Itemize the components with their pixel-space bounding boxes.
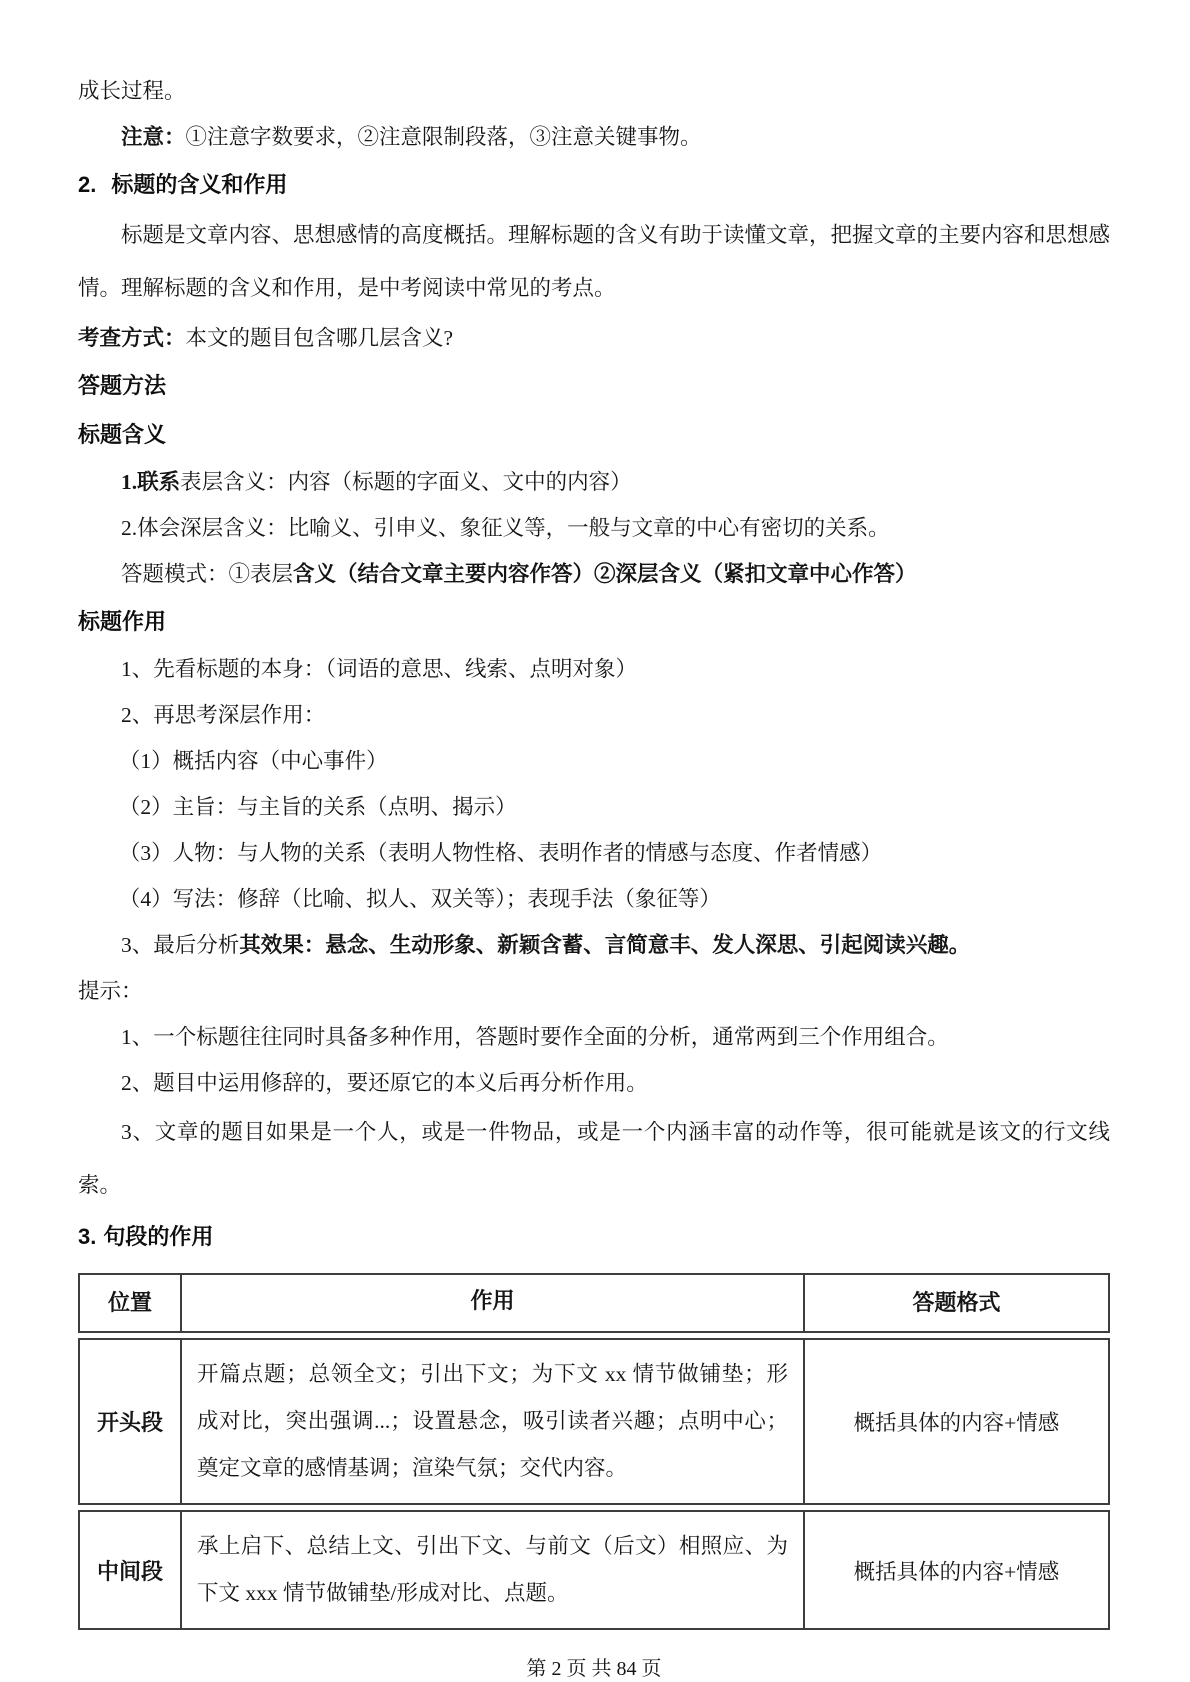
heading-meaning: 标题含义 xyxy=(78,410,1110,459)
function-sub-1: （1）概括内容（中心事件） xyxy=(78,738,1110,784)
intro-paragraph: 标题是文章内容、思想感情的高度概括。理解标题的含义有助于读懂文章，把握文章的主要… xyxy=(78,209,1110,315)
heading-sentence-function: 3.句段的作用 xyxy=(78,1212,1110,1261)
note-label: 注意： xyxy=(121,125,186,149)
cell-position: 开头段 xyxy=(80,1340,180,1503)
heading-answer-method: 答题方法 xyxy=(78,361,1110,410)
heading-title-meaning: 2.标题的含义和作用 xyxy=(78,160,1110,209)
meaning-item-2: 2.体会深层含义：比喻义、引申义、象征义等，一般与文章的中心有密切的关系。 xyxy=(78,505,1110,551)
function-step-3-bold: 其效果：悬念、生动形象、新颖含蓄、言简意丰、发人深思、引起阅读兴趣。 xyxy=(239,933,970,957)
tips-label: 提示： xyxy=(78,968,1110,1014)
cell-format: 概括具体的内容+情感 xyxy=(803,1512,1108,1628)
exam-mode-line: 考查方式：本文的题目包含哪几层含义? xyxy=(78,315,1110,361)
cell-function: 开篇点题；总领全文；引出下文；为下文 xx 情节做铺垫；形成对比，突出强调...… xyxy=(180,1340,803,1503)
document-page: 成长过程。 注意：①注意字数要求，②注意限制段落，③注意关键事物。 2.标题的含… xyxy=(0,0,1190,1682)
heading-function: 标题作用 xyxy=(78,597,1110,646)
paragraph-function-table: 位置 作用 答题格式 开头段 开篇点题；总领全文；引出下文；为下文 xx 情节做… xyxy=(78,1273,1110,1630)
cell-format: 概括具体的内容+情感 xyxy=(803,1340,1108,1503)
meaning-item-1-text: 表层含义：内容（标题的字面义、文中的内容） xyxy=(180,470,632,494)
answer-pattern-bold: 含义（结合文章主要内容作答）②深层含义（紧扣文章中心作答） xyxy=(293,562,917,586)
column-header-format: 答题格式 xyxy=(803,1275,1108,1331)
function-step-2: 2、再思考深层作用： xyxy=(78,692,1110,738)
page-number-footer: 第 2 页 共 84 页 xyxy=(78,1654,1110,1682)
tip-3: 3、文章的题目如果是一个人，或是一件物品，或是一个内涵丰富的动作等，很可能就是该… xyxy=(78,1106,1110,1212)
exam-mode-text: 本文的题目包含哪几层含义? xyxy=(186,326,454,350)
function-step-3: 3、最后分析其效果：悬念、生动形象、新颖含蓄、言简意丰、发人深思、引起阅读兴趣。 xyxy=(78,922,1110,968)
tip-1: 1、一个标题往往同时具备多种作用，答题时要作全面的分析，通常两到三个作用组合。 xyxy=(78,1014,1110,1060)
heading-text: 标题的含义和作用 xyxy=(111,172,287,197)
note-text: ①注意字数要求，②注意限制段落，③注意关键事物。 xyxy=(186,125,702,149)
heading-text: 句段的作用 xyxy=(103,1224,213,1249)
note-line: 注意：①注意字数要求，②注意限制段落，③注意关键事物。 xyxy=(78,114,1110,160)
table-row: 中间段 承上启下、总结上文、引出下文、与前文（后文）相照应、为下文 xxx 情节… xyxy=(78,1510,1110,1630)
cell-position: 中间段 xyxy=(80,1512,180,1628)
heading-number: 3. xyxy=(78,1212,96,1261)
cell-function: 承上启下、总结上文、引出下文、与前文（后文）相照应、为下文 xxx 情节做铺垫/… xyxy=(180,1512,803,1628)
tip-2: 2、题目中运用修辞的，要还原它的本义后再分析作用。 xyxy=(78,1060,1110,1106)
function-step-1: 1、先看标题的本身：（词语的意思、线索、点明对象） xyxy=(78,646,1110,692)
function-sub-3: （3）人物：与人物的关系（表明人物性格、表明作者的情感与态度、作者情感） xyxy=(78,830,1110,876)
meaning-item-1: 1.联系表层含义：内容（标题的字面义、文中的内容） xyxy=(78,459,1110,505)
table-header-row: 位置 作用 答题格式 xyxy=(78,1273,1110,1333)
table-row: 开头段 开篇点题；总领全文；引出下文；为下文 xx 情节做铺垫；形成对比，突出强… xyxy=(78,1338,1110,1505)
function-step-3-pre: 3、最后分析 xyxy=(121,933,239,957)
meaning-item-1-bold: 1.联系 xyxy=(121,470,180,494)
exam-mode-label: 考查方式： xyxy=(78,326,186,350)
column-header-position: 位置 xyxy=(80,1275,180,1331)
answer-pattern-pre: 答题模式：①表层 xyxy=(121,562,293,586)
column-header-function: 作用 xyxy=(180,1275,803,1331)
heading-number: 2. xyxy=(78,160,96,209)
function-sub-2: （2）主旨：与主旨的关系（点明、揭示） xyxy=(78,784,1110,830)
function-sub-4: （4）写法：修辞（比喻、拟人、双关等）；表现手法（象征等） xyxy=(78,876,1110,922)
answer-pattern-line: 答题模式：①表层含义（结合文章主要内容作答）②深层含义（紧扣文章中心作答） xyxy=(78,551,1110,597)
carryover-text: 成长过程。 xyxy=(78,68,1110,114)
